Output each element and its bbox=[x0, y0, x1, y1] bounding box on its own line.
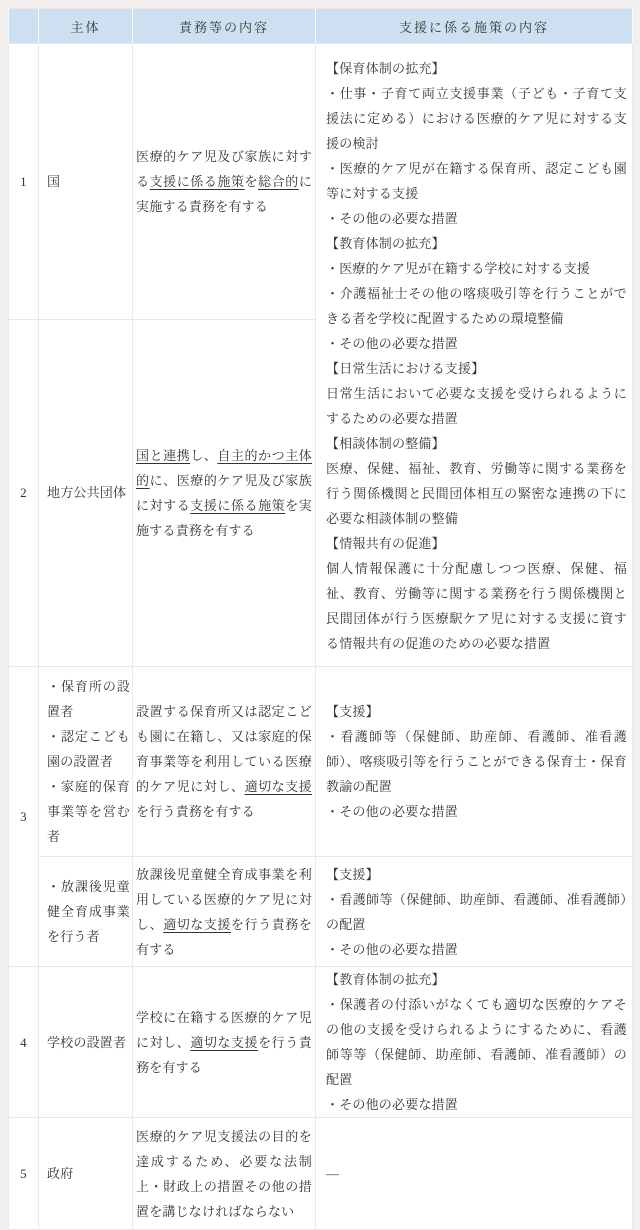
row-3a-policy: 【支援】・看護師等（保健師、助産師、看護師、准看護師）、喀痰吸引等を行うことがで… bbox=[316, 667, 633, 857]
text-line: 【保育体制の拡充】 bbox=[326, 56, 627, 81]
text-line: 【相談体制の整備】 bbox=[326, 431, 627, 456]
row-2-subject: 地方公共団体 bbox=[39, 319, 133, 666]
row-3b-policy: 【支援】・看護師等（保健師、助産師、看護師、准看護師）の配置・その他の必要な措置 bbox=[316, 857, 633, 967]
text-line: 【支援】 bbox=[326, 862, 627, 887]
text-line: ・家庭的保育事業等を営む者 bbox=[47, 774, 130, 849]
text-line: ・認定こども園の設置者 bbox=[47, 724, 130, 774]
text-line: ・看護師等（保健師、助産師、看護師、准看護師）の配置 bbox=[326, 887, 627, 937]
text: を行う責務を有する bbox=[136, 804, 255, 819]
row-3b-duty: 放課後児童健全育成事業を利用している医療的ケア児に対し、適切な支援を行う責務を有… bbox=[133, 857, 316, 967]
row-3b-subject: ・放課後児童健全育成事業を行う者 bbox=[39, 857, 133, 967]
text-line: ・医療的ケア児が在籍する保育所、認定こども園等に対する支援 bbox=[326, 156, 627, 206]
header-subject: 主体 bbox=[39, 9, 133, 44]
text-line: ・その他の必要な措置 bbox=[326, 937, 627, 962]
text-line: ・保護者の付添いがなくても適切な医療的ケアその他の支援を受けられるようにするため… bbox=[326, 992, 627, 1092]
row-4-policy: 【教育体制の拡充】・保護者の付添いがなくても適切な医療的ケアその他の支援を受けら… bbox=[316, 967, 633, 1118]
row-4: 4 学校の設置者 学校に在籍する医療的ケア児に対し、適切な支援を行う責務を有する… bbox=[9, 967, 633, 1118]
rows-1-2-policy: 【保育体制の拡充】・仕事・子育て両立支援事業（子ども・子育て支援法に定める）にお… bbox=[316, 44, 633, 667]
row-2-number: 2 bbox=[9, 319, 39, 666]
text-line: ・その他の必要な措置 bbox=[326, 331, 627, 356]
text-line: ・その他の必要な措置 bbox=[326, 206, 627, 231]
row-5: 5 政府 医療的ケア児支援法の目的を達成するため、必要な法制上・財政上の措置その… bbox=[9, 1118, 633, 1230]
text-line: 【教育体制の拡充】 bbox=[326, 231, 627, 256]
row-3-number: 3 bbox=[9, 667, 39, 967]
row-4-duty: 学校に在籍する医療的ケア児に対し、適切な支援を行う責務を有する bbox=[133, 967, 316, 1118]
underlined-text: 適切な支援 bbox=[163, 917, 231, 932]
text-line: 国 bbox=[47, 169, 130, 194]
row-5-number: 5 bbox=[9, 1118, 39, 1230]
text-line: 【教育体制の拡充】 bbox=[326, 967, 627, 992]
row-3a-duty: 設置する保育所又は認定こども園に在籍し、又は家庭的保育事業等を利用している医療的… bbox=[133, 667, 316, 857]
text-line: ・その他の必要な措置 bbox=[326, 799, 627, 824]
row-5-policy: — bbox=[316, 1118, 633, 1230]
text: 医療的ケア児支援法の目的を達成するため、必要な法制上・財政上の措置その他の措置を… bbox=[136, 1129, 312, 1219]
text-line: 学校の設置者 bbox=[47, 1030, 130, 1055]
header-duty: 責務等の内容 bbox=[133, 9, 316, 44]
text-line: ・介護福祉士その他の喀痰吸引等を行うことができる者を学校に配置するための環境整備 bbox=[326, 281, 627, 331]
underlined-text: 国と連携 bbox=[136, 448, 190, 463]
underlined-text: 適切な支援 bbox=[245, 779, 312, 794]
text-line: ・放課後児童健全育成事業を行う者 bbox=[47, 874, 130, 949]
row-2-duty: 国と連携し、自主的かつ主体的に、医療的ケア児及び家族に対する支援に係る施策を実施… bbox=[133, 319, 316, 666]
header-number bbox=[9, 9, 39, 44]
text-line: 個人情報保護に十分配慮しつつ医療、保健、福祉、教育、労働等に関する業務を行う関係… bbox=[326, 556, 627, 656]
row-3a: 3 ・保育所の設置者・認定こども園の設置者・家庭的保育事業等を営む者 設置する保… bbox=[9, 667, 633, 857]
row-1-number: 1 bbox=[9, 44, 39, 320]
text-line: ・仕事・子育て両立支援事業（子ども・子育て支援法に定める）における医療的ケア児に… bbox=[326, 81, 627, 156]
text: し、 bbox=[190, 448, 217, 463]
text-line: — bbox=[326, 1161, 627, 1186]
text-line: 【情報共有の促進】 bbox=[326, 531, 627, 556]
text-line: 【日常生活における支援】 bbox=[326, 356, 627, 381]
row-5-duty: 医療的ケア児支援法の目的を達成するため、必要な法制上・財政上の措置その他の措置を… bbox=[133, 1118, 316, 1230]
text-line: 【支援】 bbox=[326, 699, 627, 724]
text-line: ・看護師等（保健師、助産師、看護師、准看護師）、喀痰吸引等を行うことができる保育… bbox=[326, 724, 627, 799]
text-line: ・保育所の設置者 bbox=[47, 674, 130, 724]
row-1-subject: 国 bbox=[39, 44, 133, 320]
text: を bbox=[245, 174, 259, 189]
text-line: 地方公共団体 bbox=[47, 480, 130, 505]
text-line: ・その他の必要な措置 bbox=[326, 1092, 627, 1117]
row-3a-subject: ・保育所の設置者・認定こども園の設置者・家庭的保育事業等を営む者 bbox=[39, 667, 133, 857]
underlined-text: 適切な支援 bbox=[190, 1035, 258, 1050]
row-5-subject: 政府 bbox=[39, 1118, 133, 1230]
underlined-text: 支援に係る施策 bbox=[150, 174, 245, 189]
text-line: 医療、保健、福祉、教育、労働等に関する業務を行う関係機関と民間団体相互の緊密な連… bbox=[326, 456, 627, 531]
underlined-text: 総合的 bbox=[258, 174, 299, 189]
row-1-duty: 医療的ケア児及び家族に対する支援に係る施策を総合的に実施する責務を有する bbox=[133, 44, 316, 320]
text-line: ・医療的ケア児が在籍する学校に対する支援 bbox=[326, 256, 627, 281]
duty-support-table: 主体 責務等の内容 支援に係る施策の内容 1 国 医療的ケア児及び家族に対する支… bbox=[8, 8, 633, 1230]
header-policy: 支援に係る施策の内容 bbox=[316, 9, 633, 44]
duty-support-table-container: 主体 責務等の内容 支援に係る施策の内容 1 国 医療的ケア児及び家族に対する支… bbox=[8, 8, 633, 1230]
text-line: 政府 bbox=[47, 1161, 130, 1186]
text-line: 日常生活において必要な支援を受けられるようにするための必要な措置 bbox=[326, 381, 627, 431]
row-3b: ・放課後児童健全育成事業を行う者 放課後児童健全育成事業を利用している医療的ケア… bbox=[9, 857, 633, 967]
underlined-text: 支援に係る施策 bbox=[190, 498, 285, 513]
header-row: 主体 責務等の内容 支援に係る施策の内容 bbox=[9, 9, 633, 44]
row-4-subject: 学校の設置者 bbox=[39, 967, 133, 1118]
row-4-number: 4 bbox=[9, 967, 39, 1118]
row-1: 1 国 医療的ケア児及び家族に対する支援に係る施策を総合的に実施する責務を有する… bbox=[9, 44, 633, 320]
